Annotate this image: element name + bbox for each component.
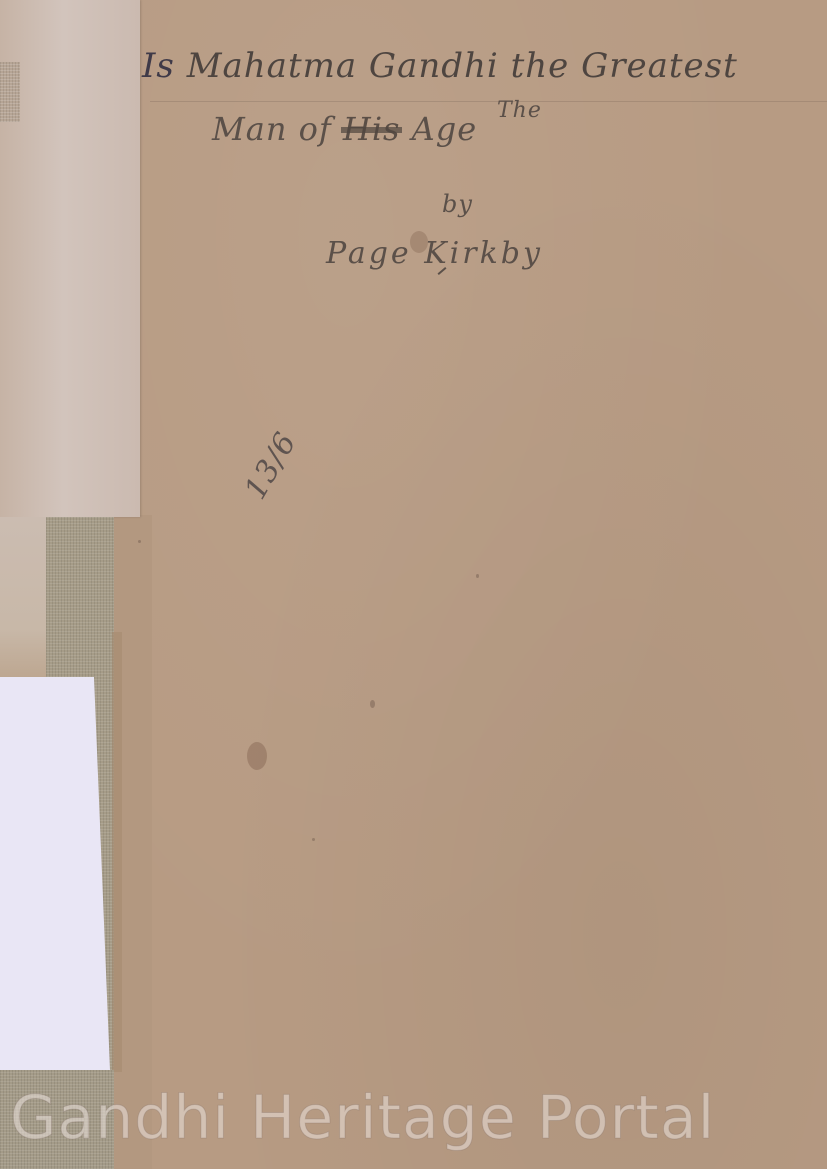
tape-strip [112,632,122,1072]
byline: by [442,190,473,218]
cardboard-cover [140,0,827,1169]
title-line-2-end: Age [400,110,477,148]
ink-smudge [410,231,428,253]
title-line-2-start: Man of [212,110,343,148]
inserted-word: The [497,98,542,123]
title-line-1: Is Mahatma Gandhi the Greatest [142,46,738,86]
title-line-1-text: Mahatma Gandhi the Greatest [175,46,738,86]
ink-dot [312,838,315,841]
struck-word: His [343,110,401,148]
stain-spot [247,742,267,770]
title-line-2: Man of His Age [212,110,477,148]
ink-dot [370,700,375,708]
linen-patch [0,62,20,122]
author-name: Page Kirkby [326,236,543,271]
title-first-word: Is [142,46,175,86]
watermark: Gandhi Heritage Portal [10,1083,827,1153]
ink-dot [138,540,141,543]
vellum-strip [0,0,140,517]
ruled-line [150,101,827,102]
white-paper-slip [0,677,110,1070]
ink-dot [476,574,479,578]
vellum-strip-lower [0,517,48,677]
